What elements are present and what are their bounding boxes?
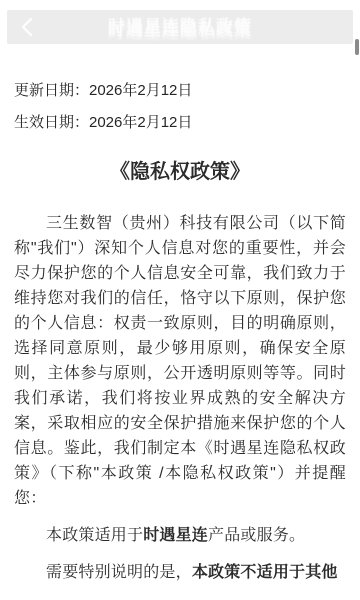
applies-product-name: 时遇星连 (143, 527, 208, 544)
policy-content: 更新日期：2026年2月12日 生效日期：2026年2月12日 《隐私权政策》 … (0, 44, 360, 600)
applies-text-pre: 本政策适用于 (46, 527, 143, 544)
note-text-pre: 需要特别说明的是， (46, 564, 192, 581)
effective-date: 生效日期：2026年2月12日 (14, 113, 346, 133)
applies-paragraph: 本政策适用于时遇星连产品或服务。 (14, 523, 346, 548)
navbar: 时遇星连隐私政策 (7, 10, 353, 44)
privacy-policy-screen: 时遇星连隐私政策 更新日期：2026年2月12日 生效日期：2026年2月12日… (0, 0, 360, 600)
note-paragraph: 需要特别说明的是，本政策不适用于其他 (14, 560, 346, 585)
back-button[interactable] (13, 10, 41, 44)
chevron-left-icon (19, 16, 35, 38)
applies-text-post: 产品或服务。 (208, 527, 305, 544)
update-date: 更新日期：2026年2月12日 (14, 81, 346, 101)
page-title: 时遇星连隐私政策 (108, 15, 252, 40)
note-text-bold: 本政策不适用于其他 (192, 564, 338, 581)
intro-paragraph: 三生数智（贵州）科技有限公司（以下简称"我们"）深知个人信息对您的重要性，并会尽… (14, 211, 346, 511)
policy-title: 《隐私权政策》 (14, 159, 346, 185)
